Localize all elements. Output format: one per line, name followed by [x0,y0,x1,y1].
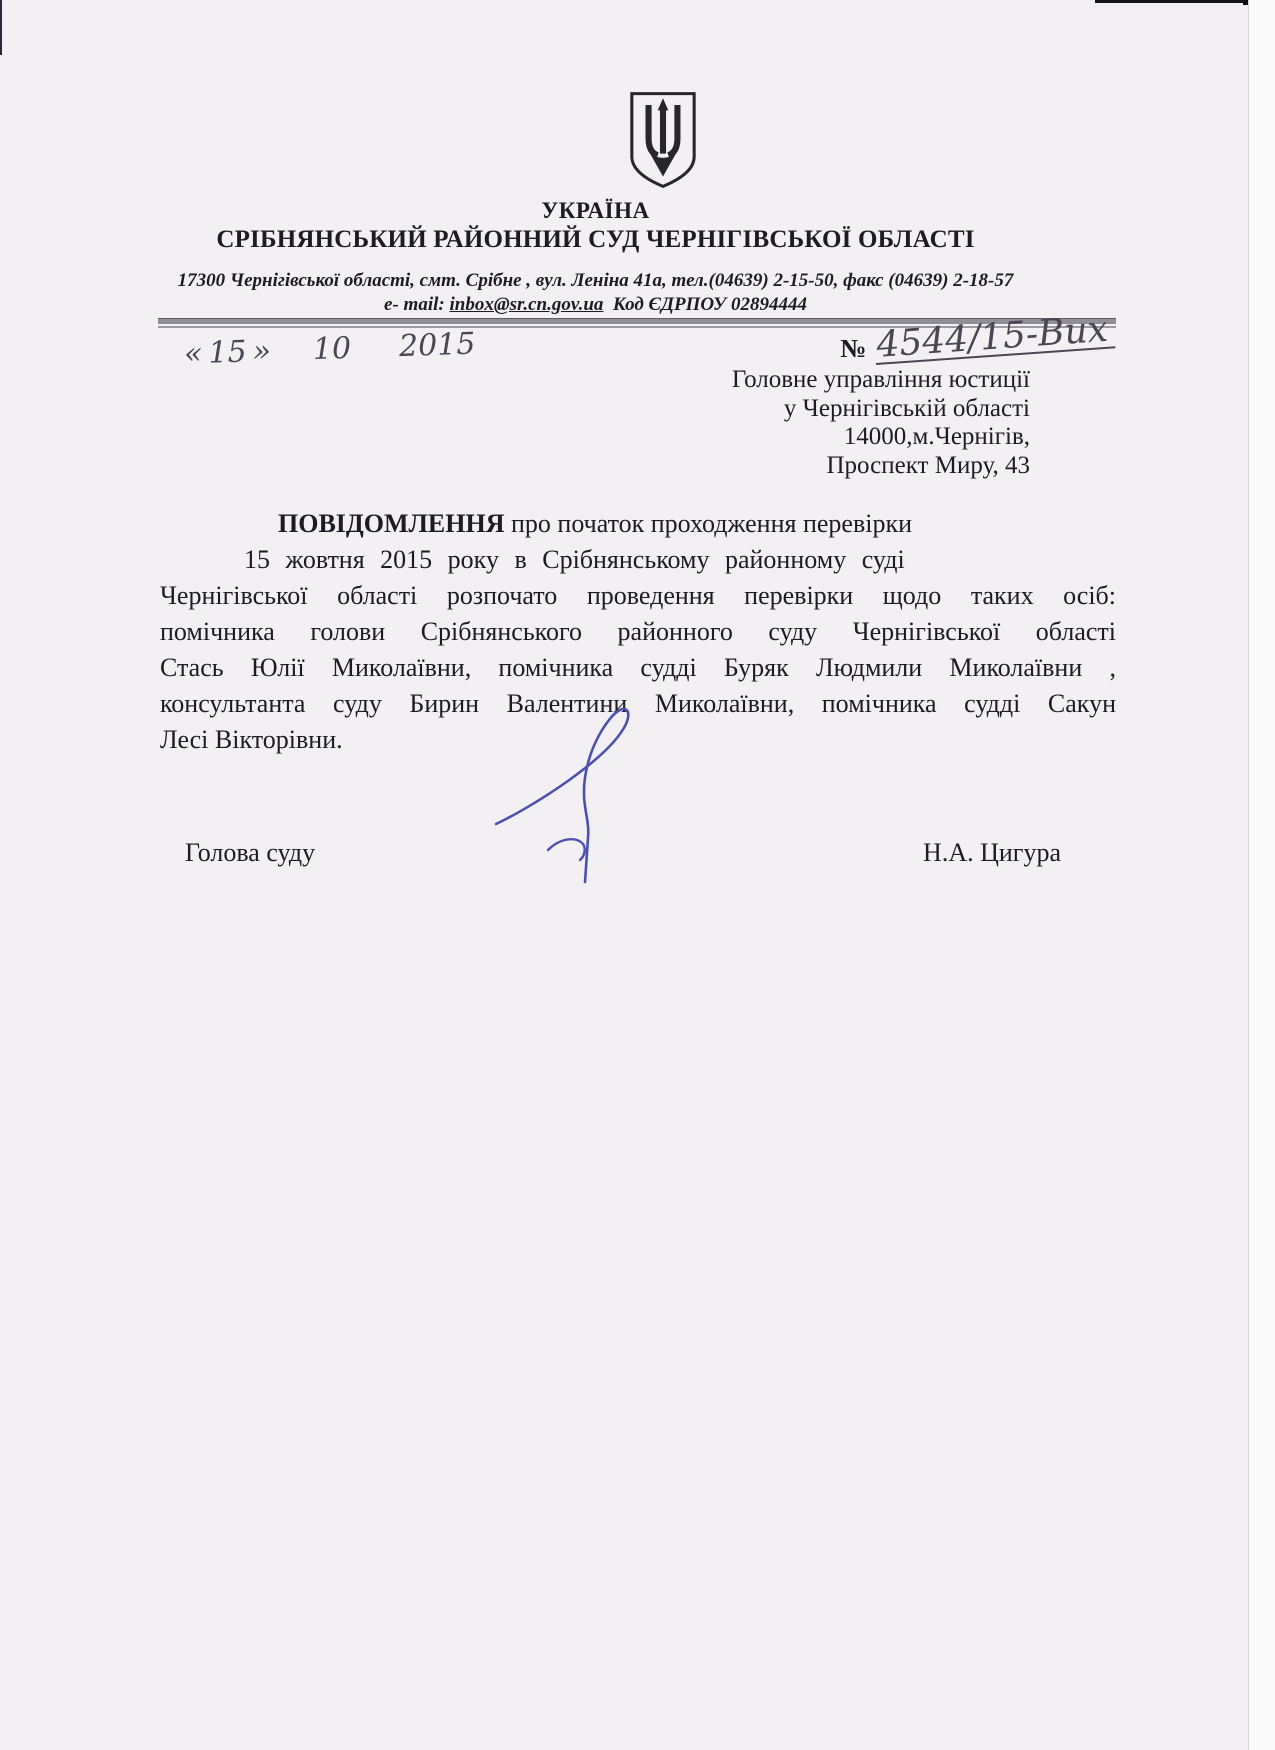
number-sign-label: № [840,334,866,364]
outgoing-number: № 4544/15-Вих [840,334,1116,365]
ukraine-trident-emblem-icon [625,88,701,192]
body-line: Чернігівської області розпочато проведен… [160,578,1116,614]
court-address-line: 17300 Чернігівської області, смт. Срібне… [0,270,1191,292]
reference-row: «15»102015 № 4544/15-Вих [160,332,1116,367]
signer-role: Голова суду [185,838,315,868]
recipient-address-block: Головне управління юстиції у Чернігівськ… [732,366,1030,480]
country-heading: УКРАЇНА [0,198,1191,224]
notice-title: ПОВІДОМЛЕННЯ [278,509,505,538]
email-address: inbox@sr.cn.gov.ua [449,294,603,315]
body-title-line: ПОВІДОМЛЕННЯ про початок проходження пер… [160,506,1116,542]
scan-artifact-left-sliver [0,0,2,55]
date-open-quote: « [183,336,203,372]
handwritten-signature [490,692,662,884]
date-year: 2015 [398,327,476,365]
date-day: 15 [208,334,247,370]
notice-title-rest: про початок проходження перевірки [505,509,913,538]
scan-artifact-right-strip [1248,0,1275,1750]
email-label: e- mail: [384,294,445,315]
date-close-quote: » [252,334,272,370]
recipient-line: Головне управління юстиції [732,366,1030,395]
body-line: 15 жовтня 2015 року в Срібнянському райо… [160,542,1116,578]
recipient-line: у Чернігівській області [732,395,1030,424]
body-line: Стась Юлії Миколаївни, помічника судді Б… [160,650,1116,686]
body-line: помічника голови Срібнянського районного… [160,614,1116,650]
handwritten-date: «15»102015 [159,327,475,373]
recipient-line: 14000,м.Чернігів, [732,423,1030,452]
edrpou-code: Код ЄДРПОУ 02894444 [613,294,807,315]
date-month: 10 [312,331,351,367]
scanned-letter-page: УКРАЇНА СРІБНЯНСЬКИЙ РАЙОННИЙ СУД ЧЕРНІГ… [0,0,1275,1750]
recipient-line: Проспект Миру, 43 [732,452,1030,481]
handwritten-number: 4544/15-Вих [874,314,1115,365]
signer-name: Н.А. Цигура [923,838,1061,868]
email-and-code-line: e- mail: inbox@sr.cn.gov.ua Код ЄДРПОУ 0… [0,294,1191,316]
court-name-heading: СРІБНЯНСЬКИЙ РАЙОННИЙ СУД ЧЕРНІГІВСЬКОЇ … [0,226,1191,254]
